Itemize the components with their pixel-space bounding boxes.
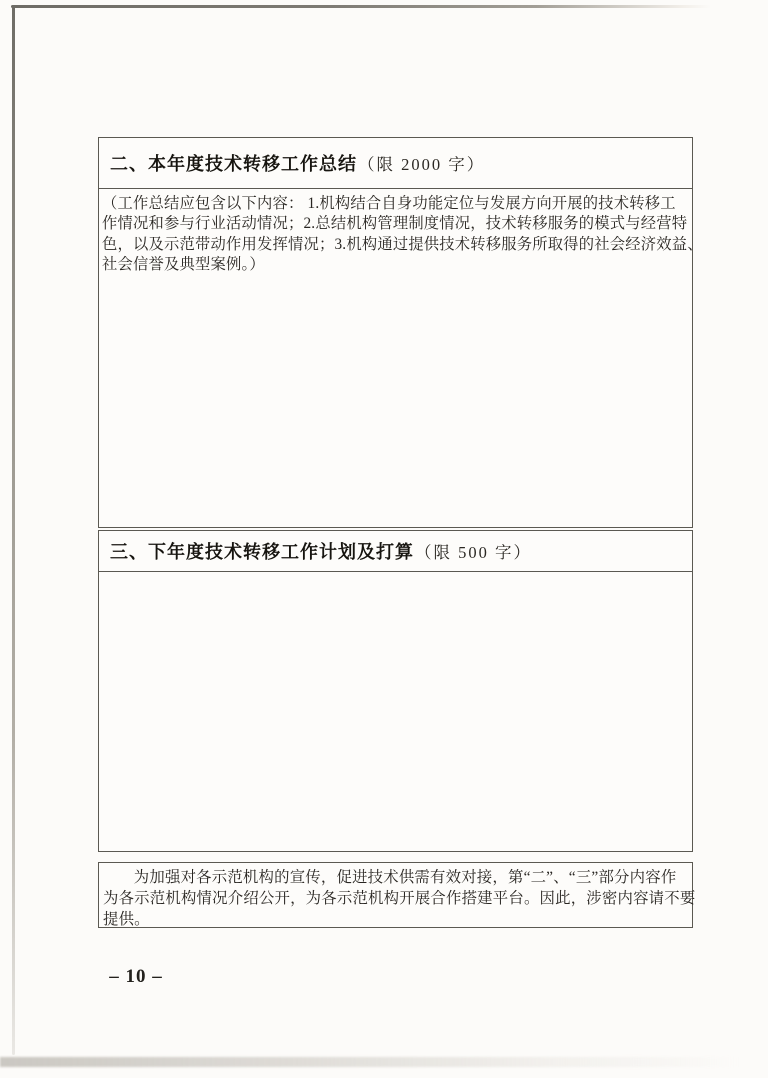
disclosure-note-line-3: 提供。 xyxy=(103,909,688,930)
section-3-plan-box: 三、下年度技术转移工作计划及打算 （限 500 字） xyxy=(98,530,693,852)
section-2-title: 二、本年度技术转移工作总结 xyxy=(110,150,357,176)
section-2-word-limit: （限 2000 字） xyxy=(358,151,485,175)
section-3-header-row: 三、下年度技术转移工作计划及打算 （限 500 字） xyxy=(99,531,692,572)
section-2-instruction-line-4: 社会信誉及典型案例。） xyxy=(102,255,689,275)
section-2-header-row: 二、本年度技术转移工作总结 （限 2000 字） xyxy=(99,138,692,189)
section-3-content-area xyxy=(99,572,692,577)
section-3-word-limit: （限 500 字） xyxy=(415,539,532,563)
disclosure-note-line-1: 为加强对各示范机构的宣传，促进技术供需有效对接，第“二”、“三”部分内容作 xyxy=(103,867,688,888)
section-2-instruction-line-1: （工作总结应包含以下内容： 1.机构结合自身功能定位与发展方向开展的技术转移工 xyxy=(102,194,689,214)
page-number: – 10 – xyxy=(98,966,174,988)
scan-page-edge-top xyxy=(11,5,711,8)
disclosure-note-line-2: 为各示范机构情况介绍公开，为各示范机构开展合作搭建平台。因此，涉密内容请不要 xyxy=(103,888,688,909)
scanned-document-page: 二、本年度技术转移工作总结 （限 2000 字） （工作总结应包含以下内容： 1… xyxy=(0,0,768,1078)
disclosure-note-box: 为加强对各示范机构的宣传，促进技术供需有效对接，第“二”、“三”部分内容作 为各… xyxy=(98,862,693,928)
section-2-instruction-line-2: 作情况和参与行业活动情况；2.总结机构管理制度情况，技术转移服务的模式与经营特 xyxy=(102,214,689,234)
section-2-content-area: （工作总结应包含以下内容： 1.机构结合自身功能定位与发展方向开展的技术转移工 … xyxy=(99,189,692,276)
scan-page-edge-left xyxy=(12,5,15,1055)
section-2-instruction-line-3: 色，以及示范带动作用发挥情况；3.机构通过提供技术转移服务所取得的社会经济效益、 xyxy=(102,235,689,255)
scan-page-edge-bottom-shadow xyxy=(0,1057,740,1067)
section-3-title: 三、下年度技术转移工作计划及打算 xyxy=(110,538,414,564)
section-2-summary-box: 二、本年度技术转移工作总结 （限 2000 字） （工作总结应包含以下内容： 1… xyxy=(98,137,693,528)
